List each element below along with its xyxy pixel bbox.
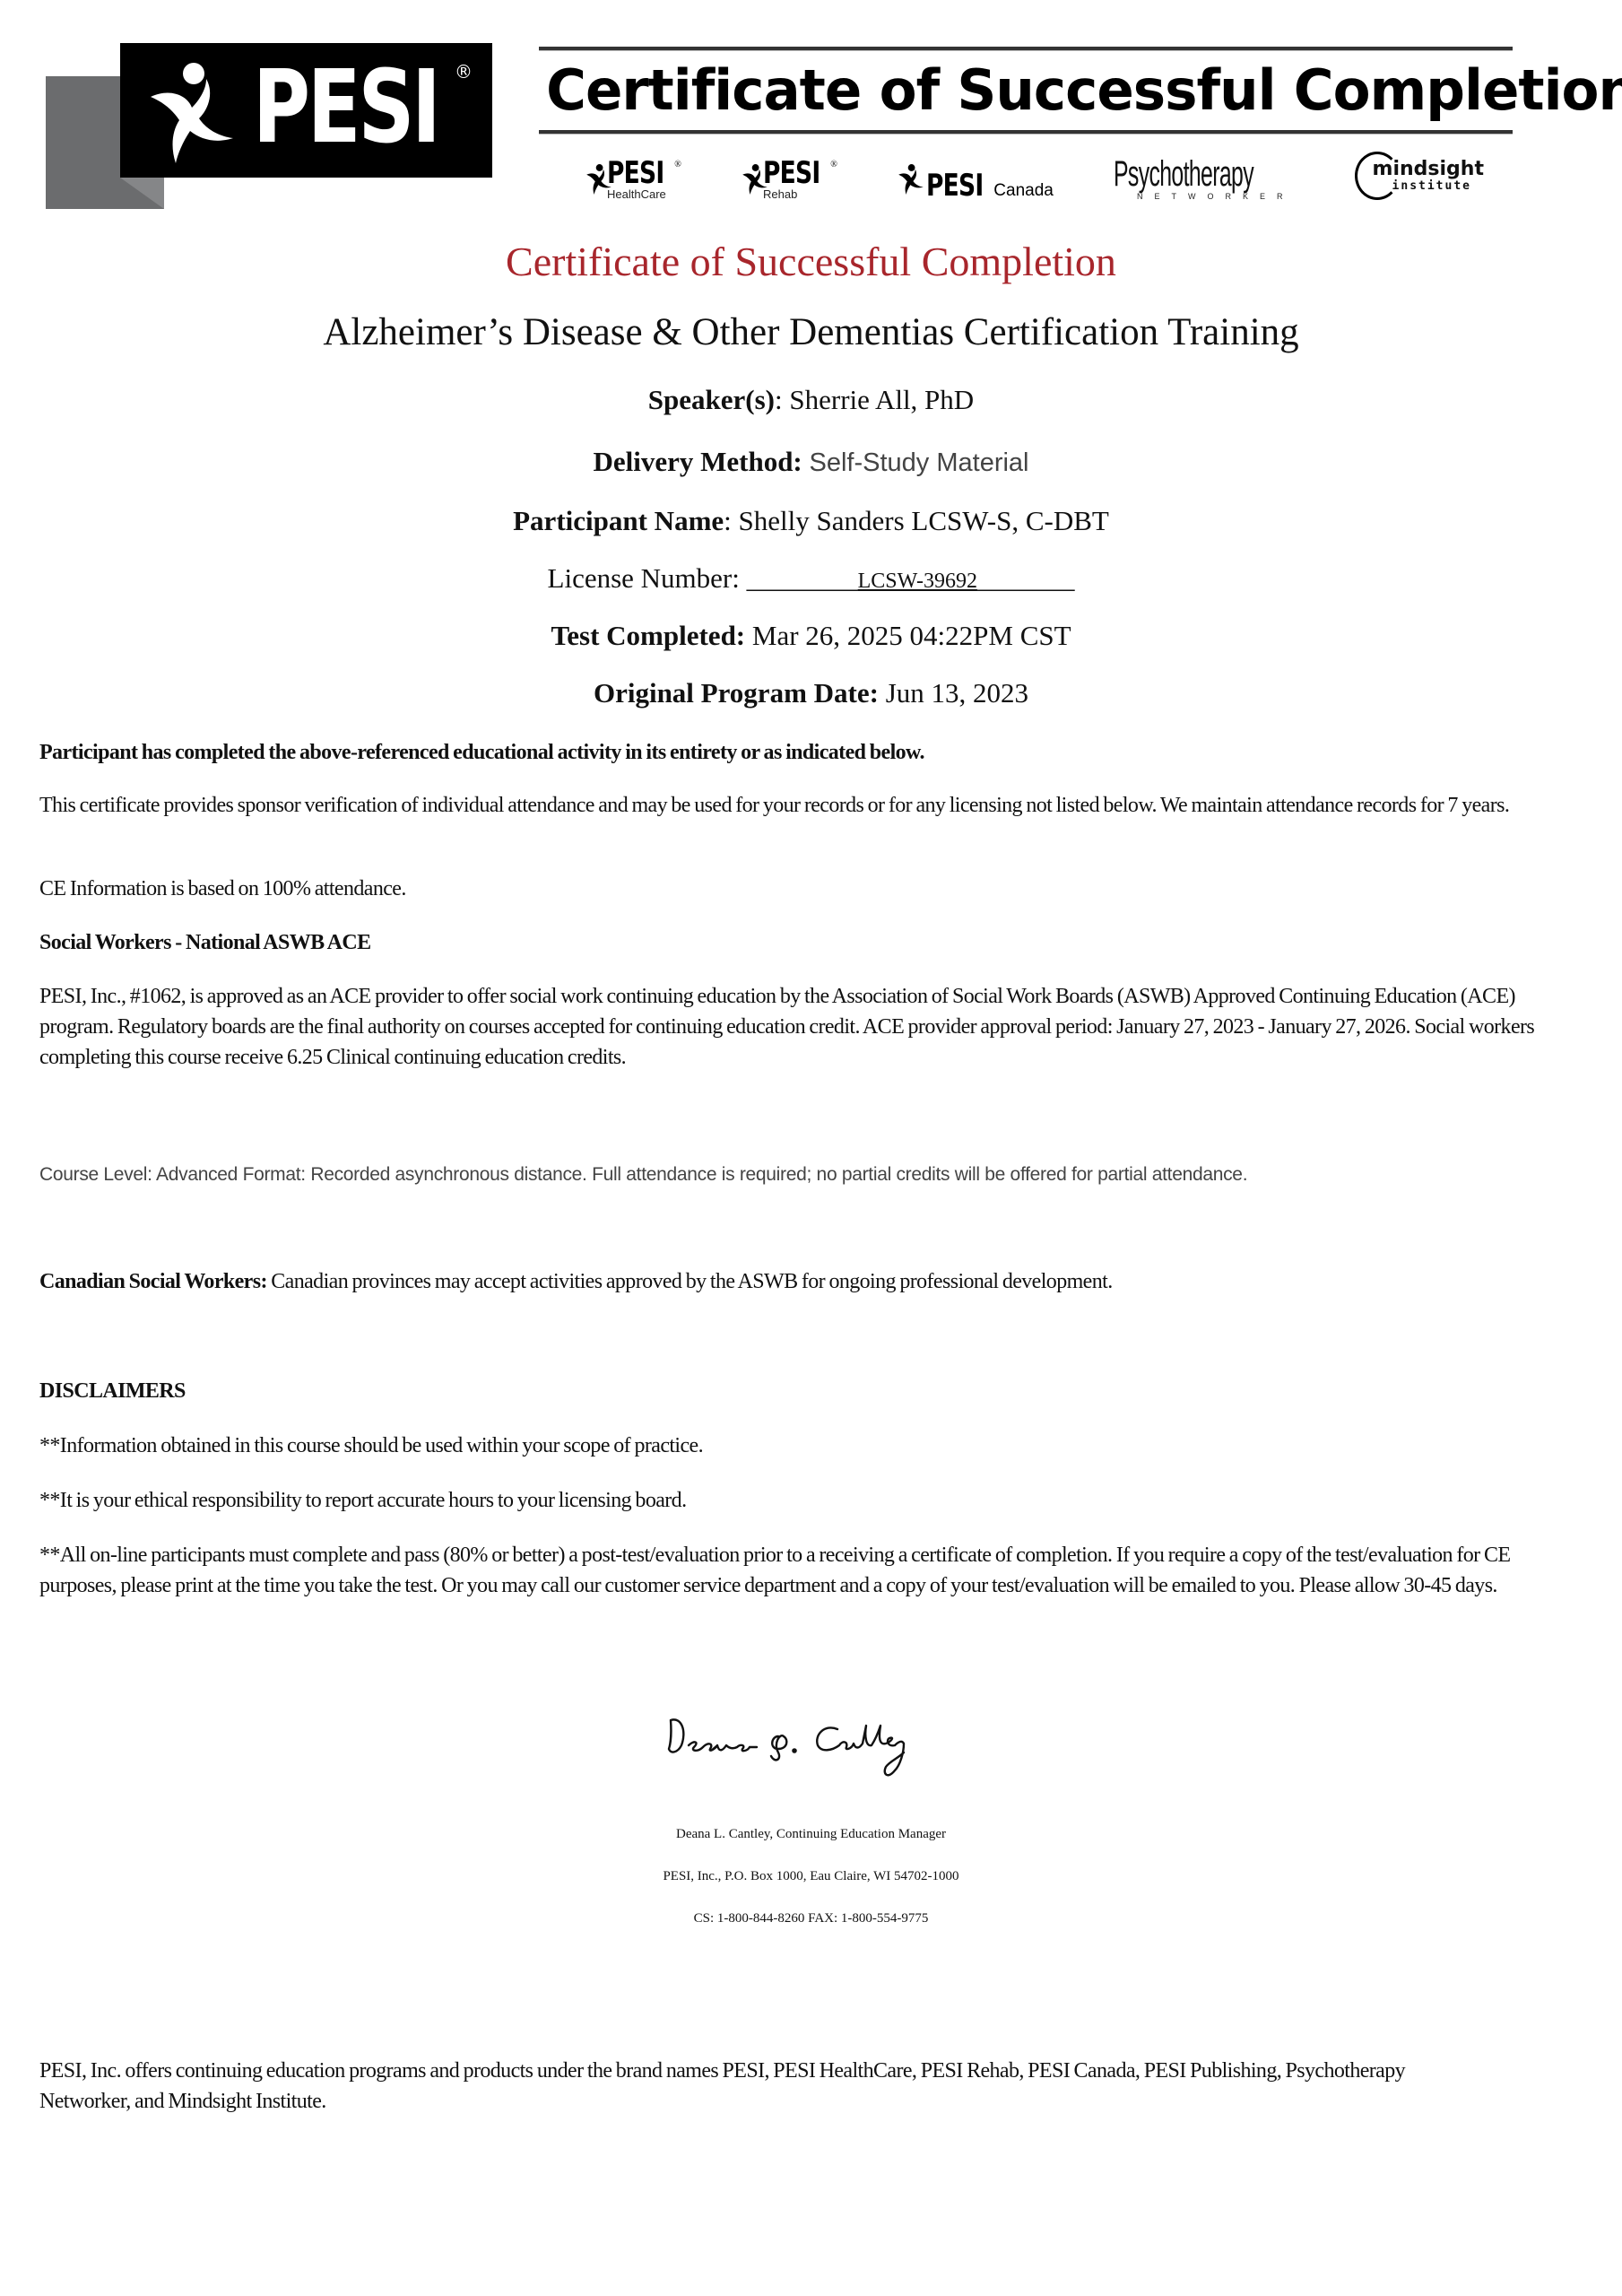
delivery-method-line: Delivery Method: Self-Study Material: [0, 446, 1622, 478]
canadian-social-workers: Canadian Social Workers: Canadian provin…: [39, 1266, 1582, 1297]
speaker-line: Speaker(s): Sherrie All, PhD: [0, 384, 1622, 416]
signature-image: [664, 1713, 959, 1798]
canadian-label: Canadian Social Workers:: [39, 1270, 267, 1293]
canadian-text: Canadian provinces may accept activities…: [271, 1270, 1112, 1293]
participant-line: Participant Name: Shelly Sanders LCSW-S,…: [0, 505, 1622, 537]
aswb-heading: Social Workers - National ASWB ACE: [39, 927, 1582, 958]
license-line: License Number: ________LCSW-39692______…: [0, 562, 1622, 595]
certificate-title: Certificate of Successful Completion: [0, 238, 1622, 285]
company-address: PESI, Inc., P.O. Box 1000, Eau Claire, W…: [0, 1869, 1622, 1884]
course-title: Alzheimer’s Disease & Other Dementias Ce…: [0, 310, 1622, 354]
disclaimer-item: **Information obtained in this course sh…: [39, 1431, 1582, 1461]
brand-pesi-canada: PESI Canada: [898, 158, 1054, 201]
participant-value: Shelly Sanders LCSW-S, C-DBT: [739, 505, 1109, 536]
ce-info: CE Information is based on 100% attendan…: [39, 874, 1582, 904]
disclaimer-item: **It is your ethical responsibility to r…: [39, 1485, 1582, 1516]
contact-numbers: CS: 1-800-844-8260 FAX: 1-800-554-9775: [0, 1911, 1622, 1926]
verification-paragraph: This certificate provides sponsor verifi…: [39, 790, 1582, 821]
pesi-figure-icon: [147, 61, 237, 164]
pesi-logo: PESI ®: [46, 43, 494, 210]
brand-mindsight-institute: mindsight institute: [1355, 151, 1484, 201]
signer-name-title: Deana L. Cantley, Continuing Education M…: [0, 1827, 1622, 1842]
brands-statement: PESI, Inc. offers continuing education p…: [39, 2056, 1411, 2117]
license-value: LCSW-39692: [858, 570, 977, 593]
logo-black-box: PESI ®: [120, 43, 492, 178]
test-completed-line: Test Completed: Mar 26, 2025 04:22PM CST: [0, 620, 1622, 652]
program-date-line: Original Program Date: Jun 13, 2023: [0, 677, 1622, 709]
aswb-paragraph: PESI, Inc., #1062, is approved as an ACE…: [39, 981, 1582, 1073]
logo-wordmark: PESI: [253, 54, 438, 161]
license-blank-suffix: _______: [977, 562, 1075, 594]
delivery-label: Delivery Method:: [593, 446, 802, 477]
registered-mark: ®: [455, 61, 473, 83]
license-label: License Number:: [548, 562, 740, 594]
speaker-value: Sherrie All, PhD: [789, 384, 974, 415]
disclaimers-heading: DISCLAIMERS: [39, 1376, 1582, 1406]
header-banner: Certificate of Successful Completion PES…: [539, 47, 1513, 201]
course-level: Course Level: Advanced Format: Recorded …: [39, 1160, 1582, 1190]
participant-label: Participant Name: [513, 505, 724, 536]
test-completed-label: Test Completed:: [551, 620, 745, 651]
pesi-figure-icon: [898, 158, 924, 201]
brand-logos-row: PESI HealthCare ® PESI Rehab ® PESI Cana…: [539, 135, 1513, 201]
license-blank-prefix: ________: [747, 562, 858, 594]
brand-pesi-rehab: PESI Rehab ®: [742, 158, 837, 201]
program-date-label: Original Program Date:: [594, 677, 879, 709]
banner-title: Certificate of Successful Completion: [546, 51, 1505, 130]
completion-statement: Participant has completed the above-refe…: [39, 737, 1582, 768]
brand-pesi-healthcare: PESI HealthCare ®: [585, 158, 681, 201]
program-date-value: Jun 13, 2023: [886, 677, 1028, 709]
test-completed-value: Mar 26, 2025 04:22PM CST: [752, 620, 1071, 651]
brand-psychotherapy-networker: Psychotherapy NETWORKER: [1114, 156, 1295, 201]
disclaimer-item: **All on-line participants must complete…: [39, 1540, 1582, 1601]
speaker-label: Speaker(s): [648, 384, 775, 415]
delivery-value: Self-Study Material: [810, 448, 1029, 477]
